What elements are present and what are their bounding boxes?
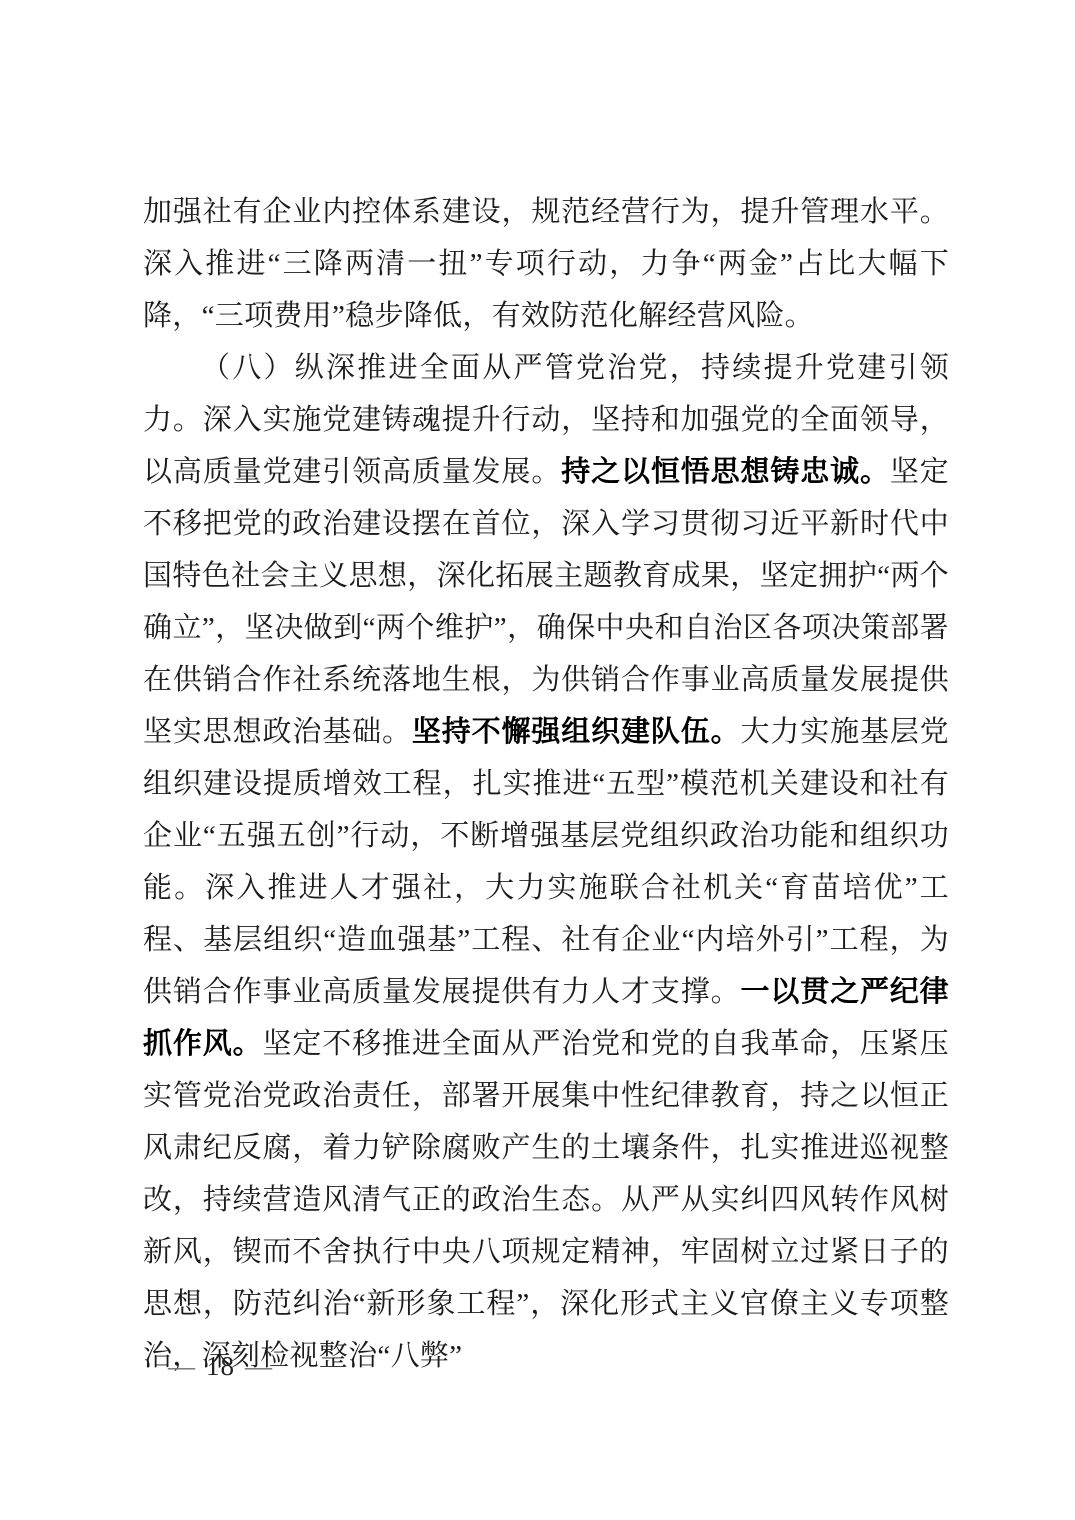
text-segment: 坚定不移推进全面从严治党和党的自我革命，压紧压实管党治党政治责任，部署开展集中性… [143,1028,949,1372]
text-segment: 加强社有企业内控体系建设，规范经营行为，提升管理水平。深入推进“三降两清一扭”专… [143,196,949,332]
footer-page-number: 18 [206,1351,235,1381]
text-segment: 大力实施基层党组织建设提质增效工程，扎实推进“五型”模范机关建设和社有企业“五强… [143,716,949,1008]
footer-dash-right: — [235,1351,283,1381]
document-page: 加强社有企业内控体系建设，规范经营行为，提升管理水平。深入推进“三降两清一扭”专… [0,0,1075,1520]
bold-text-segment: 持之以恒悟思想铸忠诚。 [561,456,890,488]
document-body: 加强社有企业内控体系建设，规范经营行为，提升管理水平。深入推进“三降两清一扭”专… [143,186,949,1382]
bold-text-segment: 坚持不懈强组织建队伍。 [412,716,741,748]
footer-dash-left: — [158,1351,206,1381]
text-segment: 坚定不移把党的政治建设摆在首位，深入学习贯彻习近平新时代中国特色社会主义思想，深… [143,456,949,748]
page-footer: —18— [158,1346,283,1386]
paragraph: 加强社有企业内控体系建设，规范经营行为，提升管理水平。深入推进“三降两清一扭”专… [143,186,949,342]
paragraph: （八）纵深推进全面从严管党治党，持续提升党建引领力。深入实施党建铸魂提升行动，坚… [143,342,949,1382]
